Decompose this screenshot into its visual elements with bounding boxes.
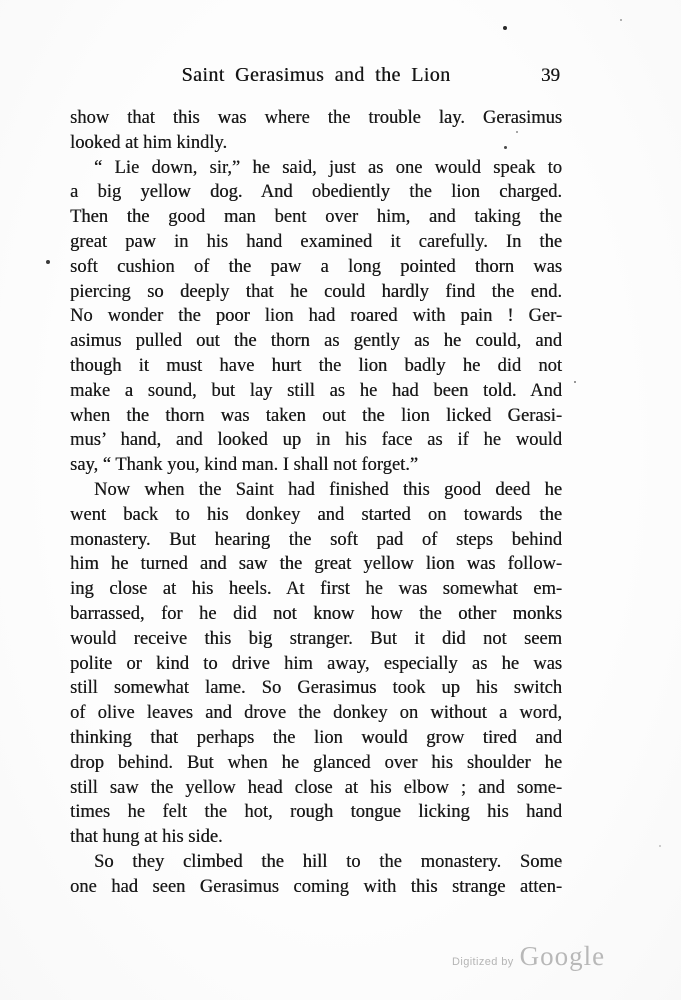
scan-speck	[560, 862, 562, 864]
text-line: thinking that perhaps the lion would gro…	[70, 726, 562, 751]
text-line: show that this was where the trouble lay…	[70, 106, 562, 131]
text-line: drop behind. But when he glanced over hi…	[70, 751, 562, 776]
text-line: No wonder the poor lion had roared with …	[70, 304, 562, 329]
text-line: when the thorn was taken out the lion li…	[70, 404, 562, 429]
text-line: looked at him kindly.	[70, 131, 562, 156]
text-line: still saw the yellow head close at his e…	[70, 776, 562, 801]
text-line: mus’ hand, and looked up in his face as …	[70, 428, 562, 453]
page-number: 39	[541, 65, 560, 87]
text-line: piercing so deeply that he could hardly …	[70, 280, 562, 305]
text-line: Then the good man bent over him, and tak…	[70, 205, 562, 230]
text-line: ing close at his heels. At first he was …	[70, 577, 562, 602]
text-line: him he turned and saw the great yellow l…	[70, 552, 562, 577]
text-line: make a sound, but lay still as he had be…	[70, 379, 562, 404]
text-line: soft cushion of the paw a long pointed t…	[70, 255, 562, 280]
page-header: Saint Gerasimus and the Lion 39	[70, 64, 562, 90]
text-line: polite or kind to drive him away, especi…	[70, 652, 562, 677]
scan-speck	[504, 146, 507, 149]
text-line: a big yellow dog. And obediently the lio…	[70, 180, 562, 205]
scan-speck	[516, 131, 518, 133]
text-line: still somewhat lame. So Gerasimus took u…	[70, 676, 562, 701]
google-logo: Google	[520, 941, 605, 972]
text-line: say, “ Thank you, kind man. I shall not …	[70, 453, 562, 478]
scan-speck	[503, 26, 507, 30]
text-line: times he felt the hot, rough tongue lick…	[70, 800, 562, 825]
text-line: that hung at his side.	[70, 825, 562, 850]
scan-speck	[574, 381, 576, 383]
text-line: great paw in his hand examined it carefu…	[70, 230, 562, 255]
text-line: went back to his donkey and started on t…	[70, 503, 562, 528]
text-line: So they climbed the hill to the monaster…	[70, 850, 562, 875]
scan-speck	[46, 260, 50, 264]
text-line: barrassed, for he did not know how the o…	[70, 602, 562, 627]
running-title: Saint Gerasimus and the Lion	[70, 64, 562, 87]
text-line: though it must have hurt the lion badly …	[70, 354, 562, 379]
text-block: show that this was where the trouble lay…	[70, 106, 562, 900]
text-line: asimus pulled out the thorn as gently as…	[70, 329, 562, 354]
scan-speck	[620, 19, 622, 21]
text-line: “ Lie down, sir,” he said, just as one w…	[70, 156, 562, 181]
watermark: Digitized by Google	[452, 941, 605, 972]
scan-speck	[659, 845, 661, 847]
text-line: of olive leaves and drove the donkey on …	[70, 701, 562, 726]
watermark-prefix: Digitized by	[452, 956, 514, 968]
text-line: monastery. But hearing the soft pad of s…	[70, 528, 562, 553]
text-line: would receive this big stranger. But it …	[70, 627, 562, 652]
text-line: one had seen Gerasimus coming with this …	[70, 875, 562, 900]
book-page: Saint Gerasimus and the Lion 39 show tha…	[0, 0, 681, 1000]
text-line: Now when the Saint had finished this goo…	[70, 478, 562, 503]
